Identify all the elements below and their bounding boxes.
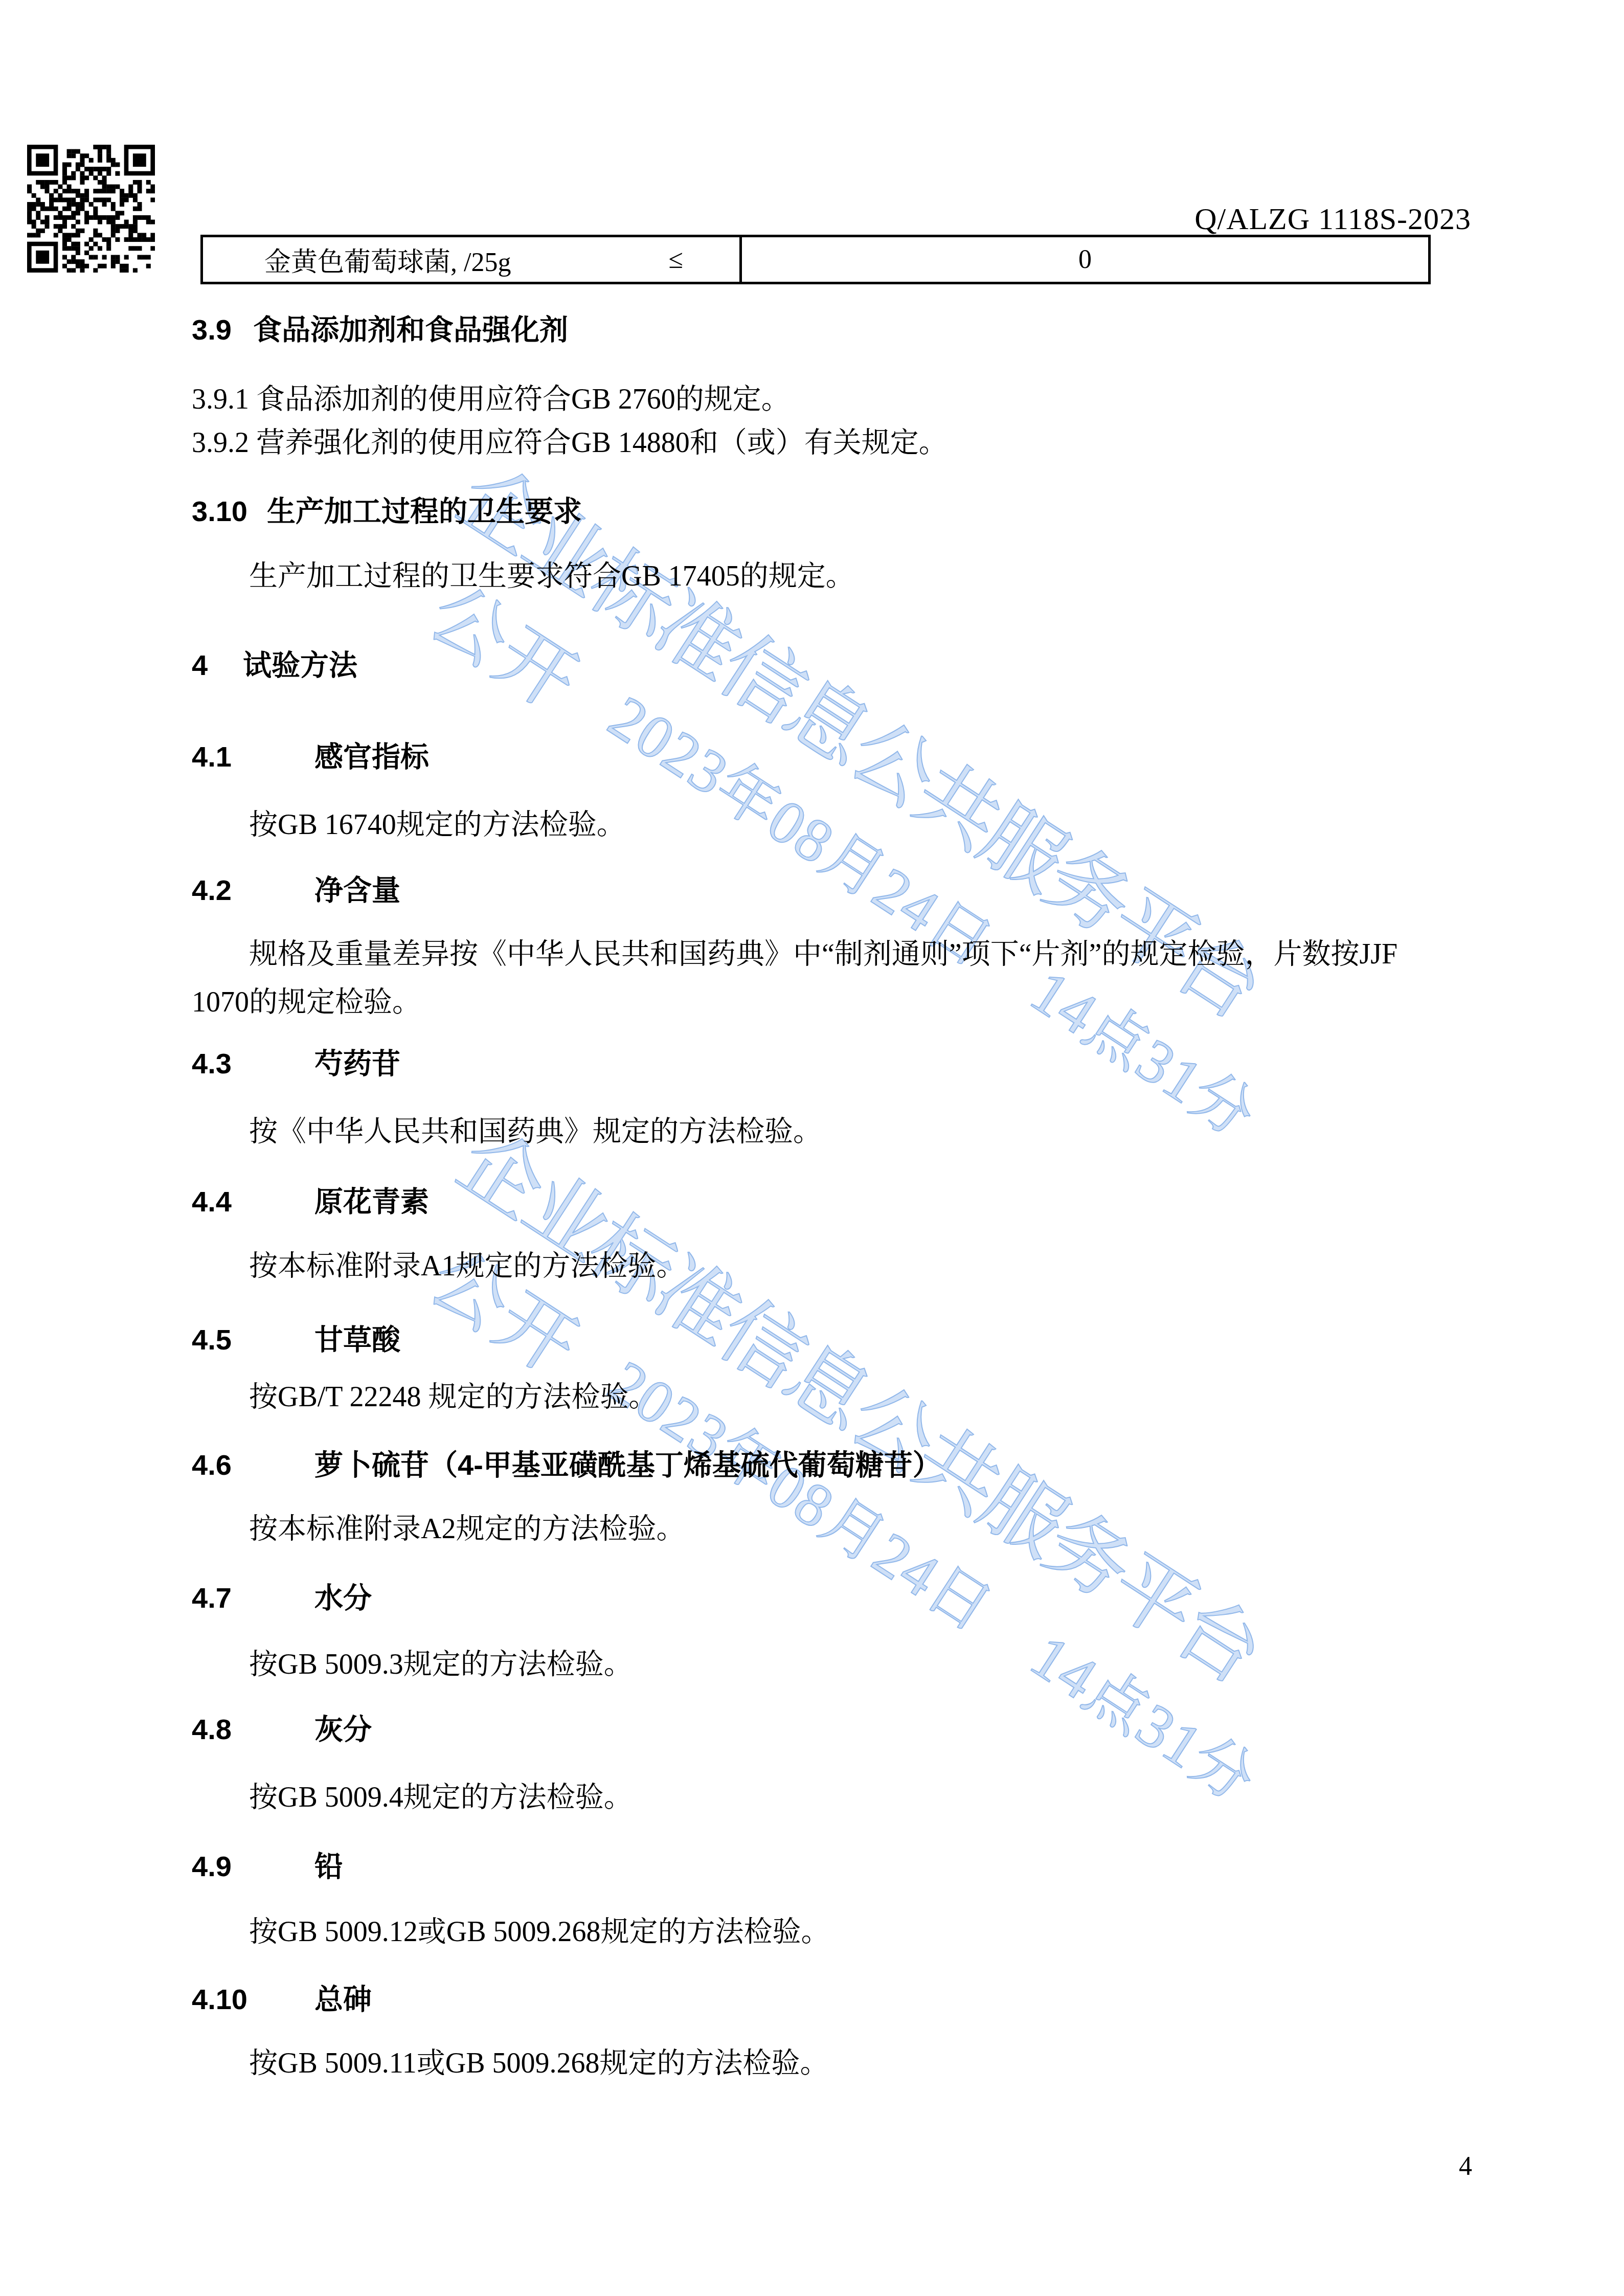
paragraph-text: 按GB/T 22248 规定的方法检验。 [249,1381,658,1413]
section-title: 总砷 [314,1983,372,2015]
paragraph-text: 按GB 5009.11或GB 5009.268规定的方法检验。 [249,2047,829,2079]
section-number: 4 [192,649,243,681]
section-heading: 4.4原花青素 [192,1186,429,1218]
section-title: 生产加工过程的卫生要求 [267,495,582,527]
paragraph-text: 按本标准附录A2规定的方法检验。 [249,1513,685,1545]
paragraph-text: 按《中华人民共和国药典》规定的方法检验。 [249,1116,822,1147]
section-number: 3.10 [192,496,267,527]
paragraph: 按《中华人民共和国药典》规定的方法检验。 [249,1116,822,1147]
section-heading: 4.9铅 [192,1851,343,1882]
section-title: 芍药苷 [314,1047,400,1079]
spec-item-name: 金黄色葡萄球菌, /25g [264,240,511,279]
section-heading: 4.8灰分 [192,1714,372,1745]
watermark-datetime-text: 2023年08月24日 14点31分 [599,686,1265,1149]
paragraph-text: 3.9.1 食品添加剂的使用应符合GB 2760的规定。 [192,384,790,415]
paragraph: 按本标准附录A1规定的方法检验。 [249,1250,685,1282]
less-equal-symbol: ≤ [668,244,683,275]
paragraph: 生产加工过程的卫生要求符合GB 17405的规定。 [249,560,854,592]
section-heading: 4.10总砷 [192,1984,372,2015]
paragraph-text: 按GB 5009.4规定的方法检验。 [249,1782,633,1813]
section-number: 4.6 [192,1449,314,1481]
paragraph: 1070的规定检验。 [192,986,421,1018]
section-number: 4.10 [192,1984,314,2015]
section-heading: 4.5甘草酸 [192,1324,400,1356]
section-title: 水分 [314,1582,372,1614]
section-heading: 3.10生产加工过程的卫生要求 [192,496,582,527]
paragraph-text: 按GB 16740规定的方法检验。 [249,809,625,841]
section-number: 4.5 [192,1324,314,1356]
paragraph-text: 规格及重量差异按《中华人民共和国药典》中“制剂通则”项下“片剂”的规定检验，片数… [249,938,1397,970]
paragraph: 按GB 16740规定的方法检验。 [249,809,625,841]
paragraph: 按本标准附录A2规定的方法检验。 [249,1513,685,1545]
paragraph-text: 生产加工过程的卫生要求符合GB 17405的规定。 [249,560,854,592]
qr-code [27,145,155,273]
paragraph-text: 按GB 5009.3规定的方法检验。 [249,1649,633,1680]
section-title: 铅 [314,1850,343,1882]
paragraph: 按GB/T 22248 规定的方法检验。 [249,1381,658,1413]
section-heading: 4.6萝卜硫苷（4-甲基亚磺酰基丁烯基硫代葡萄糖苷） [192,1449,941,1481]
paragraph-text: 按本标准附录A1规定的方法检验。 [249,1250,685,1282]
standard-code: Q/ALZG 1118S-2023 [1194,204,1471,234]
section-number: 4.4 [192,1186,314,1218]
section-title: 萝卜硫苷（4-甲基亚磺酰基丁烯基硫代葡萄糖苷） [314,1449,941,1481]
section-heading: 3.9食品添加剂和食品强化剂 [192,314,568,346]
section-number: 4.2 [192,874,314,906]
section-number: 4.7 [192,1582,314,1614]
spec-table-row: 金黄色葡萄球菌, /25g ≤ 0 [200,235,1431,284]
watermark-datetime-text: 2023年08月24日 14点31分 [599,1350,1265,1813]
section-number: 3.9 [192,314,253,346]
spec-table-cell-value: 0 [742,237,1428,282]
page-number: 4 [1450,2151,1481,2182]
paragraph-text: 3.9.2 营养强化剂的使用应符合GB 14880和（或）有关规定。 [192,427,948,459]
watermark-public-text: 公开 [415,572,592,726]
section-title: 试验方法 [243,649,357,681]
section-heading: 4.7水分 [192,1582,372,1614]
section-title: 感官指标 [314,740,429,773]
section-heading: 4.3芍药苷 [192,1048,400,1079]
section-heading: 4.1感官指标 [192,741,429,773]
section-heading: 4.2净含量 [192,874,400,906]
section-title: 甘草酸 [314,1323,400,1356]
section-number: 4.1 [192,741,314,773]
paragraph: 按GB 5009.4规定的方法检验。 [249,1782,633,1813]
section-number: 4.9 [192,1851,314,1882]
paragraph: 按GB 5009.12或GB 5009.268规定的方法检验。 [249,1916,830,1948]
document-page: Q/ALZG 1118S-2023 金黄色葡萄球菌, /25g ≤ 0 企业标准… [0,0,1624,2296]
paragraph: 按GB 5009.3规定的方法检验。 [249,1649,633,1680]
paragraph-text: 1070的规定检验。 [192,986,421,1018]
section-number: 4.3 [192,1048,314,1079]
paragraph: 规格及重量差异按《中华人民共和国药典》中“制剂通则”项下“片剂”的规定检验，片数… [249,938,1397,970]
section-title: 灰分 [314,1713,372,1745]
paragraph-text: 按GB 5009.12或GB 5009.268规定的方法检验。 [249,1916,830,1948]
section-title: 原花青素 [314,1185,429,1218]
section-title: 食品添加剂和食品强化剂 [253,313,568,346]
paragraph: 按GB 5009.11或GB 5009.268规定的方法检验。 [249,2047,829,2079]
section-heading: 4试验方法 [192,649,357,681]
paragraph: 3.9.1 食品添加剂的使用应符合GB 2760的规定。 [192,384,790,415]
section-title: 净含量 [314,874,400,906]
paragraph: 3.9.2 营养强化剂的使用应符合GB 14880和（或）有关规定。 [192,427,948,459]
spec-table-cell-item: 金黄色葡萄球菌, /25g ≤ [203,237,742,282]
section-number: 4.8 [192,1714,314,1745]
